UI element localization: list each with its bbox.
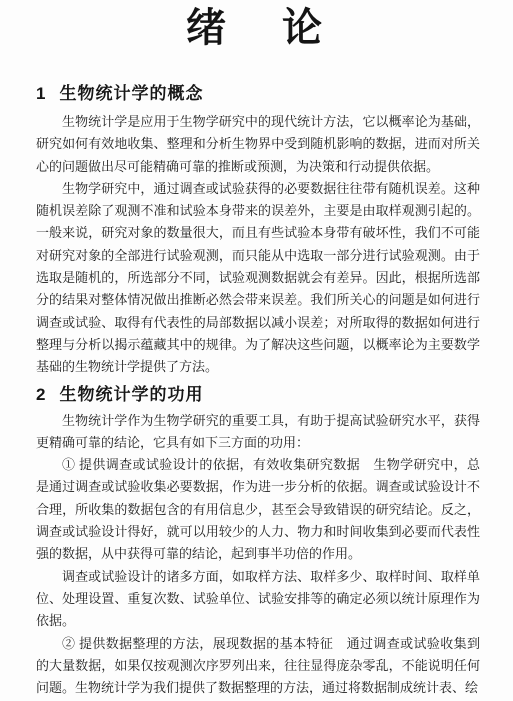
paragraph-concept-1: 生物统计学是应用于生物学研究中的现代统计方法，它以概率论为基础，研究如何有效地收… [36,111,480,178]
paragraph-function-item1: ① 提供调查或试验设计的依据，有效收集研究数据 生物学研究中，总是通过调查或试验… [36,454,480,565]
section-1-title: 生物统计学的概念 [59,84,203,104]
section-1-number: 1 [36,84,45,104]
paragraph-function-item2: ② 提供数据整理的方法，展现数据的基本特征 通过调查或试验收集到的大量数据，如果… [36,633,480,700]
paragraph-concept-2: 生物学研究中，通过调查或试验获得的必要数据往往带有随机误差。这种随机误差除了观测… [36,178,480,379]
section-2-title: 生物统计学的功用 [59,385,203,405]
section-2-number: 2 [36,385,45,405]
paragraph-function-item1-detail: 调查或试验设计的诸多方面，如取样方法、取样多少、取样时间、取样单位、处理设置、重… [36,566,480,633]
page-title: 绪 论 [36,6,480,50]
paragraph-function-intro: 生物统计学作为生物学研究的重要工具，有助于提高试验研究水平，获得更精确可靠的结论… [36,410,480,455]
section-2-heading: 2 生物统计学的功用 [36,385,480,405]
document-page: 绪 论 1 生物统计学的概念 生物统计学是应用于生物学研究中的现代统计方法，它以… [0,0,513,701]
section-1-heading: 1 生物统计学的概念 [36,84,480,104]
